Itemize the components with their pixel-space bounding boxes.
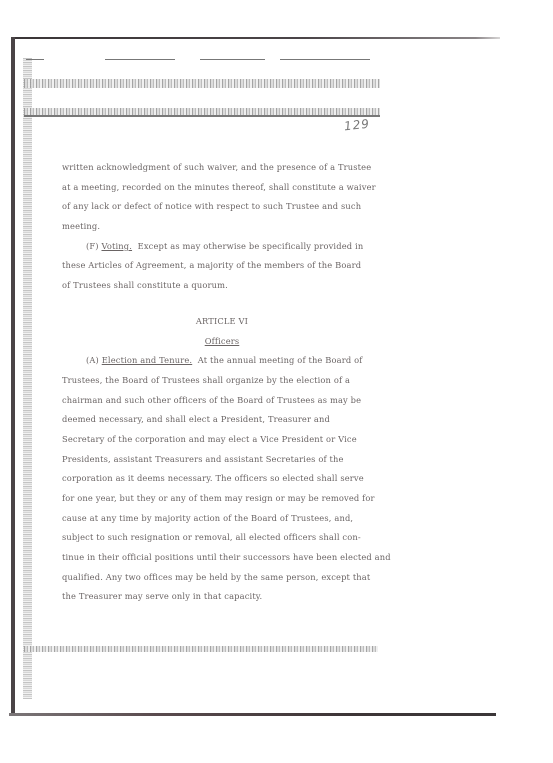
text-line: the Treasurer may serve only in that cap… xyxy=(62,587,382,607)
text-line: subject to such resignation or removal, … xyxy=(62,528,382,548)
text-line: written acknowledgment of such waiver, a… xyxy=(62,158,382,178)
page-border-left xyxy=(11,37,15,715)
document-body: written acknowledgment of such waiver, a… xyxy=(62,158,382,607)
scan-artifact-dash xyxy=(26,59,44,60)
page-number: 129 xyxy=(343,117,370,134)
text-line: meeting. xyxy=(62,217,382,237)
text-fragment: Except as may otherwise be specifically … xyxy=(138,241,364,251)
text-line: deemed necessary, and shall elect a Pres… xyxy=(62,410,382,430)
section-label: (A) xyxy=(86,355,99,365)
text-line: for one year, but they or any of them ma… xyxy=(62,489,382,509)
text-line: Trustees, the Board of Trustees shall or… xyxy=(62,371,382,391)
section-a-first-line: (A) Election and Tenure. At the annual m… xyxy=(62,351,382,371)
scan-artifact-band xyxy=(24,108,380,117)
page-border-bottom xyxy=(9,713,496,716)
text-line: chairman and such other officers of the … xyxy=(62,391,382,411)
scan-artifact-dash xyxy=(280,59,370,60)
text-line: qualified. Any two offices may be held b… xyxy=(62,568,382,588)
text-line: tinue in their official positions until … xyxy=(62,548,382,568)
scan-artifact-dash xyxy=(105,59,175,60)
section-label: (F) xyxy=(86,241,99,251)
section-heading: Election and Tenure. xyxy=(102,355,192,365)
text-line: these Articles of Agreement, a majority … xyxy=(62,256,382,276)
text-line: of Trustees shall constitute a quorum. xyxy=(62,276,382,296)
text-fragment: At the annual meeting of the Board of xyxy=(198,355,363,365)
scan-artifact-band xyxy=(24,646,378,652)
article-title: ARTICLE VI xyxy=(62,312,382,332)
text-line: cause at any time by majority action of … xyxy=(62,509,382,529)
text-line: corporation as it deems necessary. The o… xyxy=(62,469,382,489)
text-line: at a meeting, recorded on the minutes th… xyxy=(62,178,382,198)
text-line: of any lack or defect of notice with res… xyxy=(62,197,382,217)
section-heading: Voting. xyxy=(101,241,132,251)
text-line: Presidents, assistant Treasurers and ass… xyxy=(62,450,382,470)
scan-artifact-band xyxy=(24,79,380,88)
article-subtitle: Officers xyxy=(205,336,240,346)
scan-artifact-left-edge xyxy=(23,58,32,699)
scan-artifact-dash xyxy=(200,59,265,60)
section-f-first-line: (F) Voting. Except as may otherwise be s… xyxy=(62,237,382,257)
page-border-top xyxy=(12,37,500,39)
text-line: Secretary of the corporation and may ele… xyxy=(62,430,382,450)
